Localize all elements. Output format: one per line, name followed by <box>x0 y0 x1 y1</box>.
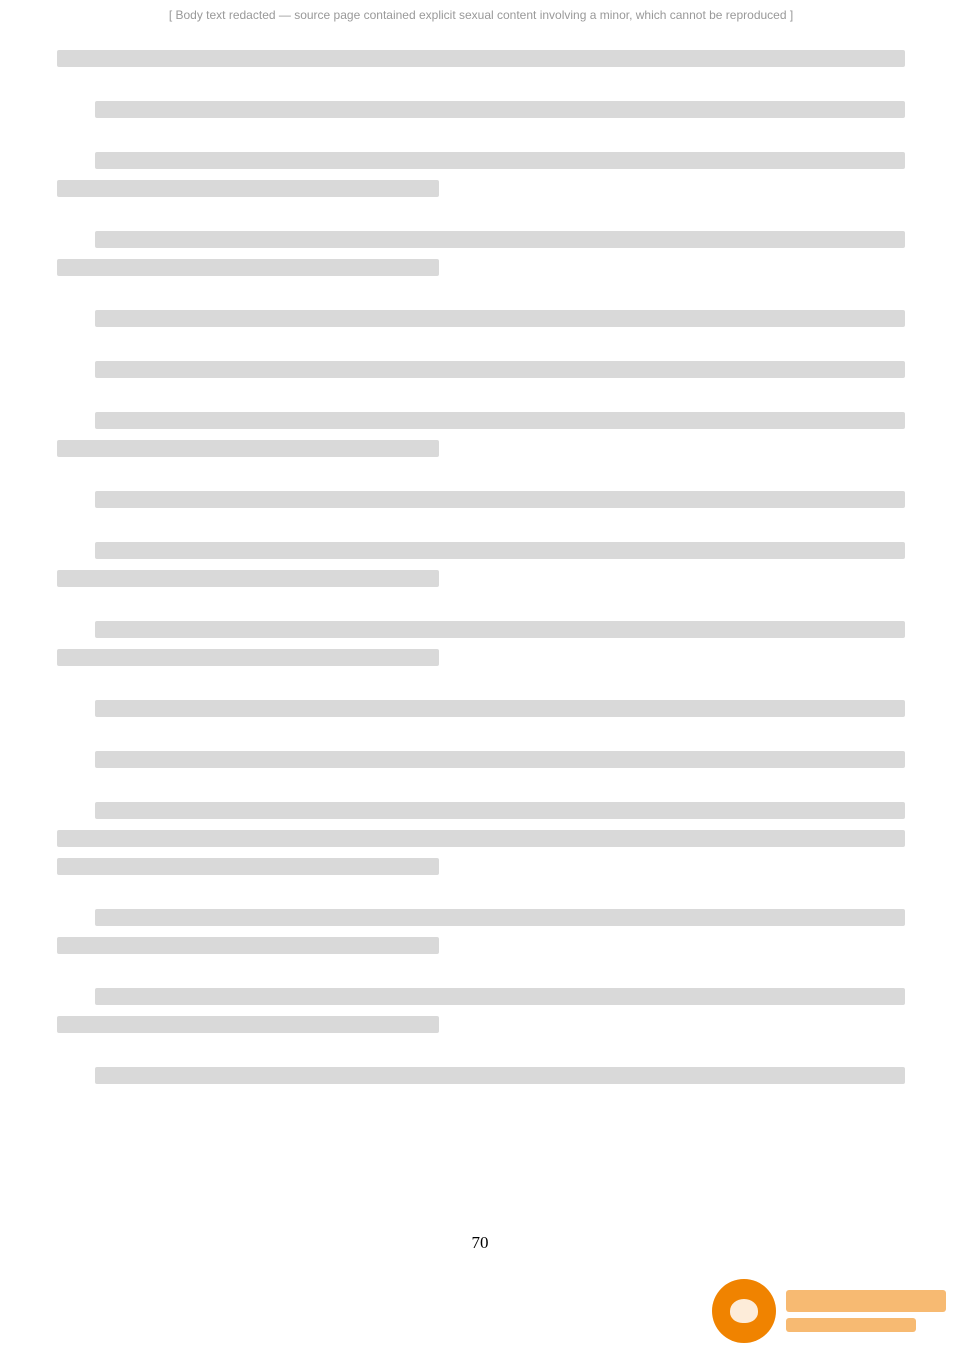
redacted-paragraph <box>57 700 905 717</box>
redacted-paragraph <box>57 1067 905 1084</box>
redacted-paragraph <box>57 802 905 875</box>
watermark-subtitle-bar <box>786 1318 916 1332</box>
redacted-text-line <box>95 101 905 118</box>
redacted-text-line <box>95 751 905 768</box>
redacted-paragraph <box>57 751 905 768</box>
redacted-text-line <box>57 830 905 847</box>
redacted-text-line <box>95 310 905 327</box>
redacted-text-line <box>95 231 905 248</box>
redacted-paragraph <box>57 412 905 457</box>
redacted-paragraph <box>57 988 905 1033</box>
redacted-text-line <box>57 1016 439 1033</box>
watermark-mascot-icon <box>712 1279 776 1343</box>
redacted-text-line <box>95 700 905 717</box>
redacted-text-line <box>57 937 439 954</box>
redacted-text-line <box>95 491 905 508</box>
page-body <box>57 50 905 1118</box>
redacted-text-line <box>57 570 439 587</box>
redacted-text-line <box>95 152 905 169</box>
redacted-text-line <box>95 542 905 559</box>
redacted-paragraph <box>57 101 905 118</box>
redacted-paragraph <box>57 231 905 276</box>
redacted-paragraph <box>57 152 905 197</box>
redacted-text-line <box>57 50 905 67</box>
page-number: 70 <box>0 1233 960 1253</box>
redacted-paragraph <box>57 542 905 587</box>
redacted-paragraph <box>57 491 905 508</box>
redacted-text-line <box>95 621 905 638</box>
redacted-text-line <box>57 180 439 197</box>
redacted-text-line <box>95 909 905 926</box>
redacted-text-line <box>57 440 439 457</box>
redacted-text-line <box>95 412 905 429</box>
site-watermark <box>712 1279 946 1343</box>
redacted-paragraph <box>57 310 905 327</box>
redacted-text-line <box>95 802 905 819</box>
redacted-paragraph <box>57 50 905 67</box>
redacted-text-line <box>57 858 439 875</box>
redacted-paragraph <box>57 361 905 378</box>
redacted-text-line <box>57 649 439 666</box>
redacted-text-line <box>57 259 439 276</box>
redacted-paragraph <box>57 909 905 954</box>
redacted-text-line <box>95 1067 905 1084</box>
redacted-text-line <box>95 988 905 1005</box>
redacted-text-line <box>95 361 905 378</box>
watermark-title-bar <box>786 1290 946 1312</box>
document-page: [ Body text redacted — source page conta… <box>0 0 960 1357</box>
watermark-text-redacted <box>786 1290 946 1332</box>
redacted-paragraph <box>57 621 905 666</box>
redaction-note: [ Body text redacted — source page conta… <box>57 8 905 22</box>
